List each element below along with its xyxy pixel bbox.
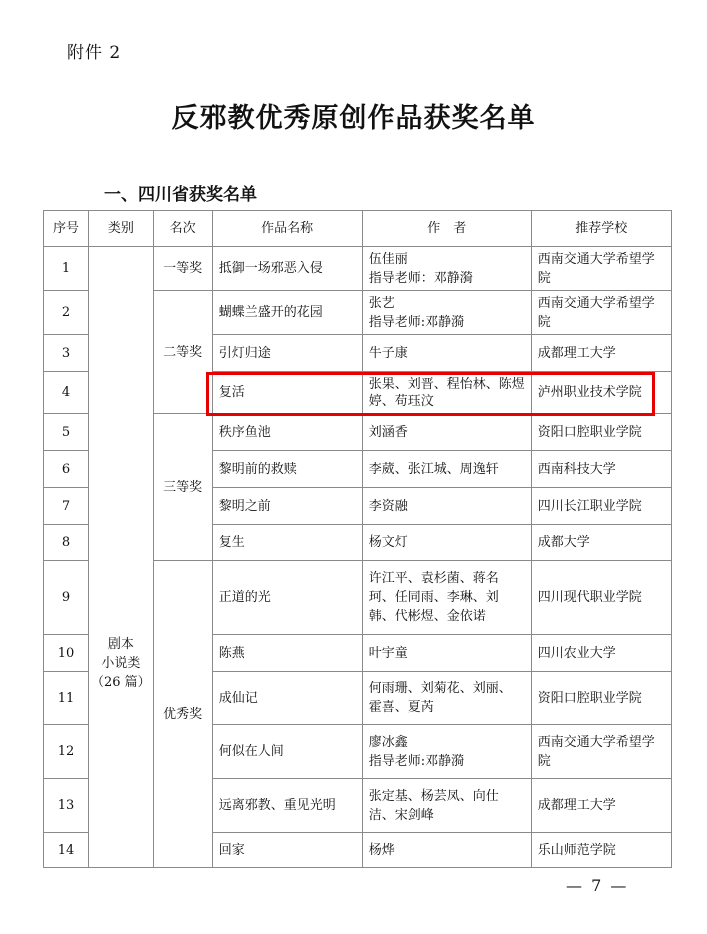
authors: 何雨珊、刘菊花、刘丽、 霍喜、夏芮 bbox=[362, 672, 531, 725]
author-line: 张果、刘晋、程怡林、陈煜 bbox=[369, 376, 525, 393]
category-count: （26 篇） bbox=[91, 673, 151, 692]
work-title: 蝴蝶兰盛开的花园 bbox=[212, 291, 362, 335]
authors: 李葳、张江城、周逸轩 bbox=[362, 451, 531, 488]
awards-table: 序号 类别 名次 作品名称 作 者 推荐学校 1 剧本 小说类 （26 篇） 一… bbox=[43, 210, 672, 868]
school: 成都大学 bbox=[531, 525, 671, 561]
rank-excellent: 优秀奖 bbox=[153, 561, 212, 868]
category-line: 小说类 bbox=[91, 654, 151, 673]
school: 成都理工大学 bbox=[531, 779, 671, 833]
advisor-line: 指导老师:邓静漪 bbox=[369, 313, 525, 332]
school: 泸州职业技术学院 bbox=[531, 372, 671, 414]
school: 西南交通大学希望学院 bbox=[531, 291, 671, 335]
header-work: 作品名称 bbox=[212, 211, 362, 247]
rank-second: 二等奖 bbox=[153, 291, 212, 414]
author-line: 伍佳丽 bbox=[369, 250, 525, 269]
row-no: 5 bbox=[44, 414, 89, 451]
work-title: 秩序鱼池 bbox=[212, 414, 362, 451]
author-line: 霍喜、夏芮 bbox=[369, 698, 525, 717]
header-category: 类别 bbox=[89, 211, 154, 247]
row-no: 13 bbox=[44, 779, 89, 833]
school: 西南交通大学希望学院 bbox=[531, 725, 671, 779]
row-no: 12 bbox=[44, 725, 89, 779]
school: 资阳口腔职业学院 bbox=[531, 672, 671, 725]
authors: 牛子康 bbox=[362, 335, 531, 372]
work-title: 成仙记 bbox=[212, 672, 362, 725]
school: 成都理工大学 bbox=[531, 335, 671, 372]
row-no: 4 bbox=[44, 372, 89, 414]
authors: 许江平、袁杉菌、蒋名 珂、任同雨、李琳、刘 韩、代彬煜、金依诺 bbox=[362, 561, 531, 635]
category-line: 剧本 bbox=[91, 635, 151, 654]
work-title: 复活 bbox=[212, 372, 362, 414]
school: 四川农业大学 bbox=[531, 635, 671, 672]
row-no: 9 bbox=[44, 561, 89, 635]
work-title: 回家 bbox=[212, 833, 362, 868]
authors: 张定基、杨芸凤、向仕 洁、宋剑峰 bbox=[362, 779, 531, 833]
work-title: 引灯归途 bbox=[212, 335, 362, 372]
table-header-row: 序号 类别 名次 作品名称 作 者 推荐学校 bbox=[44, 211, 672, 247]
work-title: 远离邪教、重见光明 bbox=[212, 779, 362, 833]
row-no: 14 bbox=[44, 833, 89, 868]
author-line: 韩、代彬煜、金依诺 bbox=[369, 607, 525, 626]
authors: 刘涵香 bbox=[362, 414, 531, 451]
row-no: 8 bbox=[44, 525, 89, 561]
school: 乐山师范学院 bbox=[531, 833, 671, 868]
authors: 叶宇童 bbox=[362, 635, 531, 672]
advisor-line: 指导老师:邓静漪 bbox=[369, 752, 525, 771]
row-no: 3 bbox=[44, 335, 89, 372]
authors: 伍佳丽 指导老师：邓静漪 bbox=[362, 247, 531, 291]
author-line: 珂、任同雨、李琳、刘 bbox=[369, 588, 525, 607]
header-rank: 名次 bbox=[153, 211, 212, 247]
school: 四川长江职业学院 bbox=[531, 488, 671, 525]
author-line: 许江平、袁杉菌、蒋名 bbox=[369, 569, 525, 588]
authors: 杨烨 bbox=[362, 833, 531, 868]
row-no: 7 bbox=[44, 488, 89, 525]
work-title: 抵御一场邪恶入侵 bbox=[212, 247, 362, 291]
author-line: 何雨珊、刘菊花、刘丽、 bbox=[369, 679, 525, 698]
school: 西南交通大学希望学院 bbox=[531, 247, 671, 291]
author-line: 张艺 bbox=[369, 294, 525, 313]
school: 四川现代职业学院 bbox=[531, 561, 671, 635]
work-title: 黎明前的救赎 bbox=[212, 451, 362, 488]
row-no: 10 bbox=[44, 635, 89, 672]
author-line: 廖冰鑫 bbox=[369, 733, 525, 752]
author-line: 婷、苟珏汶 bbox=[369, 393, 525, 410]
authors: 廖冰鑫 指导老师:邓静漪 bbox=[362, 725, 531, 779]
advisor-line: 指导老师：邓静漪 bbox=[369, 269, 525, 288]
rank-first: 一等奖 bbox=[153, 247, 212, 291]
header-author: 作 者 bbox=[362, 211, 531, 247]
row-no: 2 bbox=[44, 291, 89, 335]
header-no: 序号 bbox=[44, 211, 89, 247]
work-title: 正道的光 bbox=[212, 561, 362, 635]
header-school: 推荐学校 bbox=[531, 211, 671, 247]
attachment-label: 附件 2 bbox=[67, 38, 121, 63]
work-title: 黎明之前 bbox=[212, 488, 362, 525]
page-number: — 7 — bbox=[566, 876, 628, 895]
school: 西南科技大学 bbox=[531, 451, 671, 488]
document-title: 反邪教优秀原创作品获奖名单 bbox=[0, 96, 707, 135]
work-title: 陈燕 bbox=[212, 635, 362, 672]
section-heading: 一、四川省获奖名单 bbox=[104, 180, 257, 205]
rank-third: 三等奖 bbox=[153, 414, 212, 561]
work-title: 何似在人间 bbox=[212, 725, 362, 779]
author-line: 张定基、杨芸凤、向仕 bbox=[369, 787, 525, 806]
authors: 张果、刘晋、程怡林、陈煜 婷、苟珏汶 bbox=[362, 372, 531, 414]
row-no: 1 bbox=[44, 247, 89, 291]
work-title: 复生 bbox=[212, 525, 362, 561]
table-row: 1 剧本 小说类 （26 篇） 一等奖 抵御一场邪恶入侵 伍佳丽 指导老师：邓静… bbox=[44, 247, 672, 291]
row-no: 6 bbox=[44, 451, 89, 488]
authors: 李资融 bbox=[362, 488, 531, 525]
row-no: 11 bbox=[44, 672, 89, 725]
category-cell: 剧本 小说类 （26 篇） bbox=[89, 247, 154, 868]
authors: 杨文灯 bbox=[362, 525, 531, 561]
author-line: 洁、宋剑峰 bbox=[369, 806, 525, 825]
authors: 张艺 指导老师:邓静漪 bbox=[362, 291, 531, 335]
school: 资阳口腔职业学院 bbox=[531, 414, 671, 451]
